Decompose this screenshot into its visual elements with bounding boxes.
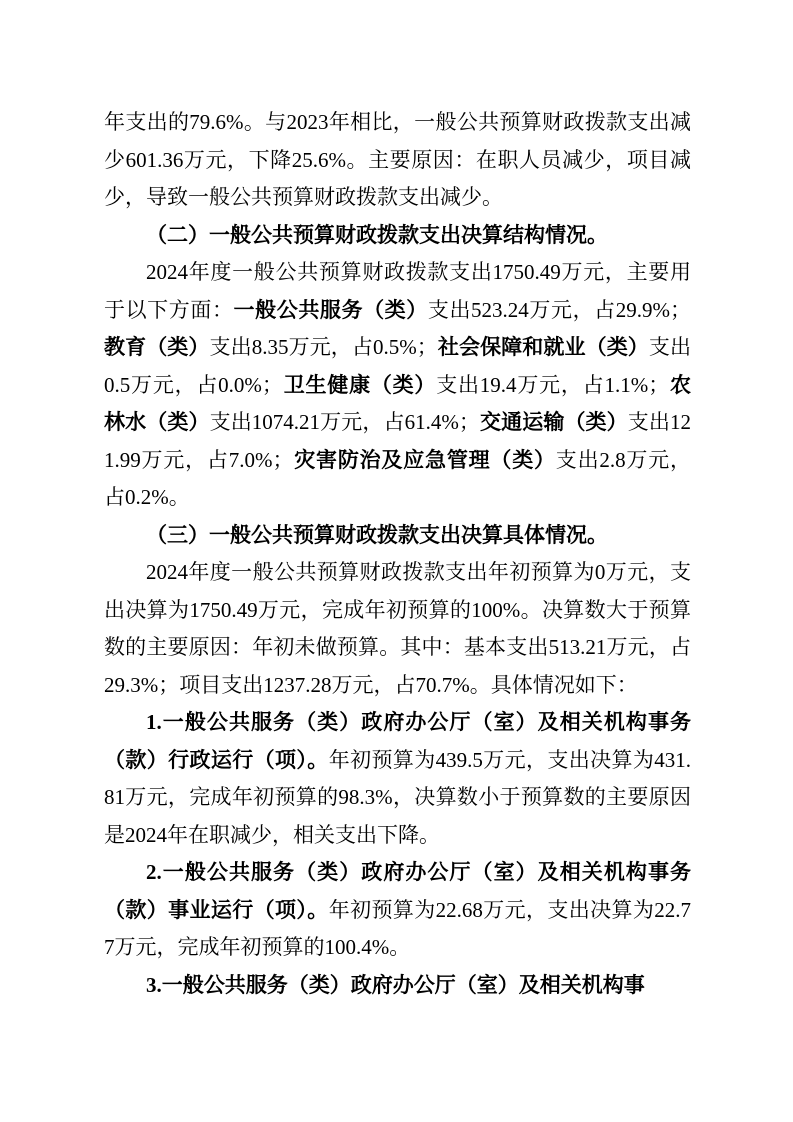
- category-name: 卫生健康（类）: [283, 373, 436, 397]
- expenditure-detail-intro-paragraph: 2024年度一般公共预算财政拨款支出年初预算为0万元，支出决算为1750.49万…: [104, 554, 691, 704]
- text-run: 2024年度一般公共预算财政拨款支出年初预算为0万元，支出决算为1750.49万…: [104, 560, 691, 697]
- continuation-paragraph: 年支出的79.6%。与2023年相比，一般公共预算财政拨款支出减少601.36万…: [104, 104, 691, 217]
- section-heading-text: （三）一般公共预算财政拨款支出决算具体情况。: [146, 523, 608, 547]
- category-name: 灾害防治及应急管理（类）: [293, 448, 555, 472]
- category-name: 教育（类）: [104, 335, 210, 359]
- item-3-paragraph: 3.一般公共服务（类）政府办公厅（室）及相关机构事: [104, 967, 691, 1005]
- text-run: 支出19.4万元，占1.1%；: [436, 373, 669, 397]
- category-name: 社会保障和就业（类）: [438, 335, 649, 359]
- item-heading: 3.一般公共服务（类）政府办公厅（室）及相关机构事: [146, 973, 645, 997]
- item-2-paragraph: 2.一般公共服务（类）政府办公厅（室）及相关机构事务（款）事业运行（项）。年初预…: [104, 854, 691, 967]
- item-1-paragraph: 1.一般公共服务（类）政府办公厅（室）及相关机构事务（款）行政运行（项）。年初预…: [104, 704, 691, 854]
- heading-section-3: （三）一般公共预算财政拨款支出决算具体情况。: [104, 517, 691, 555]
- text-run: 年支出的79.6%。与2023年相比，一般公共预算财政拨款支出减少601.36万…: [104, 110, 691, 209]
- document-page: 年支出的79.6%。与2023年相比，一般公共预算财政拨款支出减少601.36万…: [0, 0, 793, 1122]
- text-run: 支出523.24万元，占29.9%；: [428, 298, 691, 322]
- text-run: 支出8.35万元，占0.5%；: [210, 335, 438, 359]
- section-heading-text: （二）一般公共预算财政拨款支出决算结构情况。: [146, 223, 608, 247]
- expenditure-structure-paragraph: 2024年度一般公共预算财政拨款支出1750.49万元，主要用于以下方面：一般公…: [104, 254, 691, 517]
- text-run: 支出1074.21万元，占61.4%；: [210, 410, 480, 434]
- heading-section-2: （二）一般公共预算财政拨款支出决算结构情况。: [104, 217, 691, 255]
- category-name: 一般公共服务（类）: [234, 298, 428, 322]
- category-name: 交通运输（类）: [480, 410, 628, 434]
